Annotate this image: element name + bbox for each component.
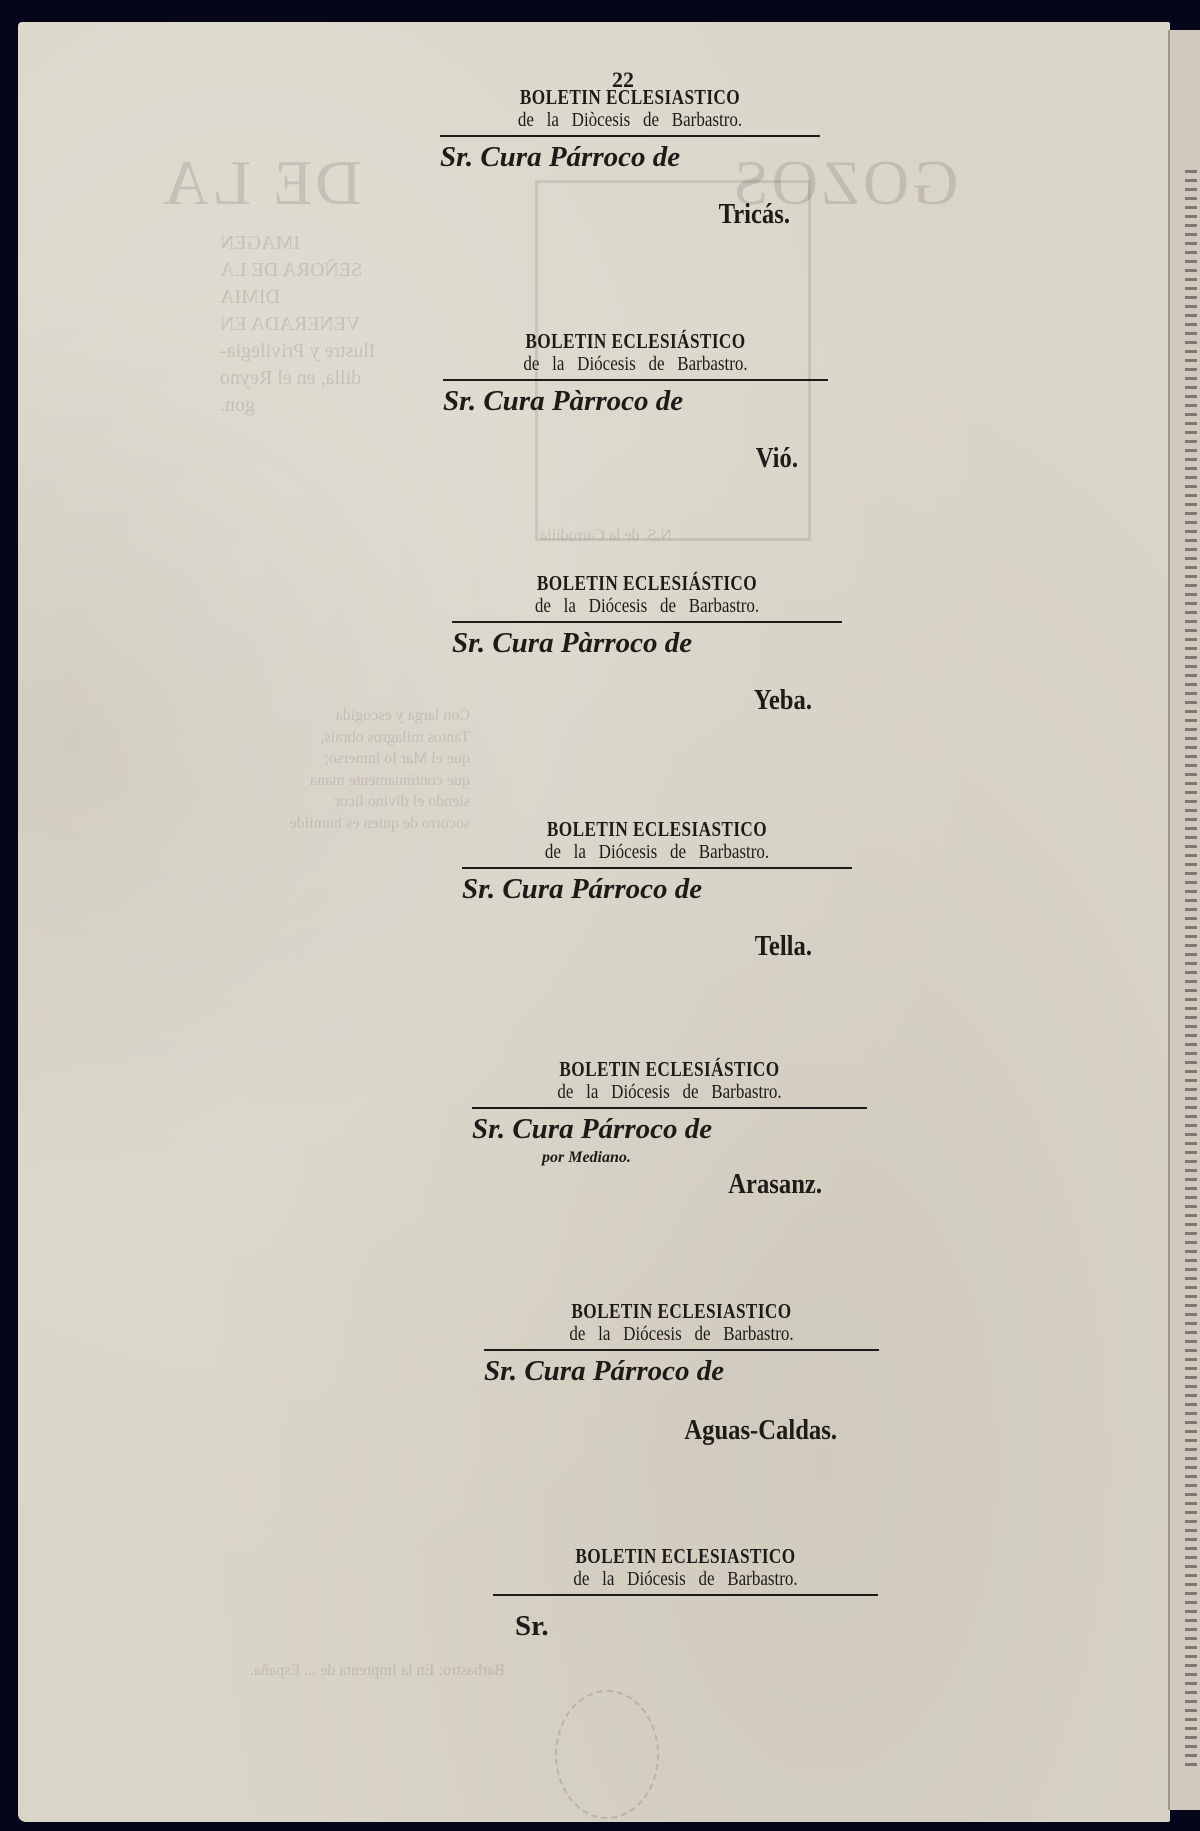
adjacent-page-print (1185, 170, 1197, 1770)
address-label: BOLETIN ECLESIÁSTICO de la Diócesis de B… (472, 1058, 867, 1201)
label-title: BOLETIN ECLESIÁSTICO (508, 1058, 832, 1080)
bleed-imprint: Barbastro: En la Imprenta de ... España. (250, 1660, 505, 1682)
label-subtitle: de la Diócesis de Barbastro. (472, 352, 799, 376)
label-rule (462, 867, 852, 869)
label-addressee: Sr. Cura Párroco de (462, 871, 852, 907)
bleed-lines-center: Con larga y escogida Tantos milagros obr… (240, 705, 470, 835)
label-parish: Tricás. (482, 199, 790, 231)
label-addressee: Sr. Cura Pàrroco de (452, 625, 842, 661)
label-title: BOLETIN ECLESIASTICO (528, 1545, 844, 1567)
label-routing-note: por Mediano. (472, 1147, 867, 1169)
address-label: BOLETIN ECLESIASTICO de la Diócesis de B… (493, 1545, 878, 1644)
label-title: BOLETIN ECLESIASTICO (474, 86, 786, 108)
label-title: BOLETIN ECLESIÁSTICO (478, 330, 794, 352)
label-rule (443, 379, 828, 381)
label-addressee: Sr. Cura Pàrroco de (443, 383, 828, 419)
bleed-lines-left: IMAGEN SEÑORA DE LA DIMIA VENERADA EN Il… (220, 230, 480, 419)
address-label: BOLETIN ECLESIÁSTICO de la Diócesis de B… (452, 572, 842, 717)
label-title: BOLETIN ECLESIASTICO (497, 818, 817, 840)
label-addressee: Sr. Cura Párroco de (472, 1111, 867, 1147)
label-title: BOLETIN ECLESIASTICO (520, 1300, 844, 1322)
bleed-heading-left: DE LA (160, 140, 362, 226)
address-label: BOLETIN ECLESIASTICO de la Diòcesis de B… (440, 86, 820, 231)
address-label: BOLETIN ECLESIÁSTICO de la Diócesis de B… (443, 330, 828, 475)
label-rule (484, 1349, 879, 1351)
label-addressee: Sr. Cura Párroco de (440, 139, 820, 175)
label-subtitle: de la Diòcesis de Barbastro. (469, 108, 792, 132)
address-label: BOLETIN ECLESIASTICO de la Diócesis de B… (462, 818, 852, 963)
label-rule (472, 1107, 867, 1109)
label-title: BOLETIN ECLESIÁSTICO (487, 572, 807, 594)
label-subtitle: de la Diócesis de Barbastro. (514, 1322, 850, 1346)
label-rule (493, 1594, 878, 1596)
label-addressee: Sr. Cura Párroco de (484, 1353, 879, 1389)
label-rule (440, 135, 820, 137)
label-parish: Arasanz. (514, 1169, 822, 1201)
label-subtitle: de la Diócesis de Barbastro. (491, 840, 823, 864)
label-parish: Vió. (486, 443, 798, 475)
address-label: BOLETIN ECLESIASTICO de la Diócesis de B… (484, 1300, 879, 1447)
label-parish: Tella. (504, 931, 812, 963)
label-addressee: Sr. (493, 1608, 878, 1644)
label-subtitle: de la Diócesis de Barbastro. (502, 1080, 838, 1104)
label-parish: Yeba. (495, 685, 812, 717)
label-subtitle: de la Diócesis de Barbastro. (522, 1567, 849, 1591)
label-subtitle: de la Diócesis de Barbastro. (481, 594, 813, 618)
label-parish: Aguas-Caldas. (526, 1415, 837, 1447)
label-rule (452, 621, 842, 623)
library-stamp (555, 1690, 659, 1819)
